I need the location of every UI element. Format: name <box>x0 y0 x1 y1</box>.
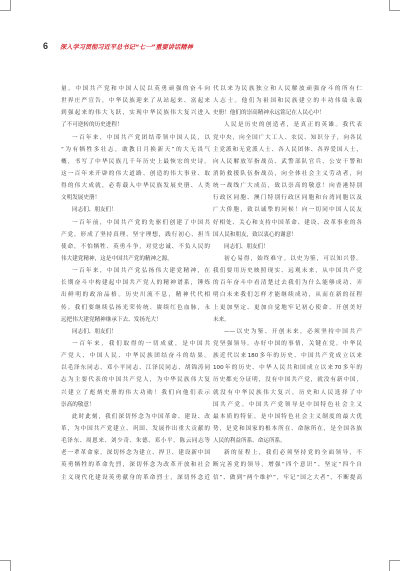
text-line: 向人民解放军指战员、武警部队官兵、公安干警和 <box>213 156 362 168</box>
text-line: 未来。 <box>213 314 362 326</box>
text-line: 新的征程上，我们必须坚持党的全面领导，不 <box>213 447 362 459</box>
text-line: 同志们、朋友们！ <box>213 241 362 253</box>
text-line: 产党，形成了坚持真理、坚守理想，践行初心、担当 <box>61 229 210 241</box>
text-line: 最本质的特征，是中国特色社会主义制度的最大优 <box>213 411 362 423</box>
text-line: 消防救援队伍指战员，向全体社会主义劳动者，向 <box>213 168 362 180</box>
text-line: 毛泽东、周恩来、刘少奇、朱德、邓小平、陈云同志等 <box>61 435 210 447</box>
text-line: 100年的历史、中华人民共和国成立以来70多年的 <box>213 362 362 374</box>
text-line: 断完善党的领导，增强“四个意识”、坚定“四个自 <box>213 459 362 471</box>
text-line: 的百年奋斗中看清楚过去我们为什么能够成功、弄 <box>213 277 362 289</box>
text-line: 人志士。他们为祖国和民族建立的丰功伟绩永载 <box>213 95 362 107</box>
text-line: 广大侨胞，致以诚挚的问候！向一切同中国人民友 <box>213 204 362 216</box>
text-line: 概，书写了中华民族几千年历史上最恢宏的史诗。 <box>61 156 210 168</box>
text-line: 一百年来，中国共产党团结带领中国人民，以 <box>61 132 210 144</box>
crop-mark-top-left <box>0 0 11 11</box>
right-text-column: 代以来为民族独立和人民解放顽强奋斗的所有仁人志士。他们为祖国和民族建立的丰功伟绩… <box>213 83 362 484</box>
text-line: 传。我们要继续弘扬光荣传统、赓续红色血脉，永 <box>61 302 210 314</box>
text-line: 好相处、关心和支持中国革命、建设、改革事业的各 <box>213 217 362 229</box>
text-line: 一百年来，中国共产党弘扬伟大建党精神，在 <box>61 265 210 277</box>
text-line: 革，为中国共产党建立、巩固、发展作出重大贡献的 <box>61 423 210 435</box>
text-line: 明白未来我们怎样才能继续成功，从而在新的征程 <box>213 289 362 301</box>
page-number: 6 <box>43 41 60 51</box>
text-line: 统一战线广大成员，致以崇高的敬意！向香港特别 <box>213 180 362 192</box>
text-line: 党中央，向全国广大工人、农民、知识分子，向各民 <box>213 132 362 144</box>
text-line: 伟大建党精神，这是中国共产党的精神之源。 <box>61 253 210 265</box>
text-line: 历史都充分证明，没有中国共产党，就没有新中国， <box>213 374 362 386</box>
text-line: 一百年来，我们取得的一切成就，是中国共 <box>61 338 210 350</box>
text-line: 世界庄严宣告，中华民族迎来了从站起来、富起来 <box>61 95 210 107</box>
text-line: 国共产党。中国共产党领导是中国特色社会主义 <box>213 399 362 411</box>
text-line: 国人民和朋友，致以衷心的谢意！ <box>213 229 362 241</box>
text-line: 产党人、中国人民、中华民族团结奋斗的结果。 <box>61 350 210 362</box>
crop-mark-top-right <box>389 0 400 11</box>
text-line: 这一百年来开辟的伟大道路、创造的伟大事业、取 <box>61 168 210 180</box>
text-line: 英勇牺牲的革命先烈，深切怀念为改革开放和社会 <box>61 459 210 471</box>
text-line: 族近代以来180多年的历史、中国共产党成立以来 <box>213 350 362 362</box>
text-line: 势，是党和国家的根本所在、命脉所在，是全国各族 <box>213 423 362 435</box>
text-line: 党坚强领导。办好中国的事情，关键在党。中华民 <box>213 338 362 350</box>
text-line: 人民的利益所系、命运所系。 <box>213 435 362 447</box>
text-line: 主党派和无党派人士、各人民团体、各界爱国人士， <box>213 144 362 156</box>
text-line: 远把伟大建党精神继承下去、发扬光大！ <box>61 314 210 326</box>
text-line: 上更加坚定、更加自觉地牢记初心使命、开创美好 <box>213 302 362 314</box>
text-line: 兴建立了彪炳史册的伟大功勋！我们向他们表示 <box>61 387 210 399</box>
text-line: 崇高的敬意！ <box>61 399 210 411</box>
text-line: 史册！他们的崇高精神永远铭记在人民心中！ <box>213 107 362 119</box>
text-line: 得的伟大成就，必将载入中华民族发展史册、人类 <box>61 180 210 192</box>
text-line: 了不可逆转的历史进程！ <box>61 119 210 131</box>
crop-mark-bottom-right <box>389 560 400 571</box>
text-line: 初心易得，始终难守。以史为鉴，可以知兴替。 <box>213 253 362 265</box>
text-line: 长期奋斗中构建起中国共产党人的精神谱系，锤炼 <box>61 277 210 289</box>
text-line: 信”、做到“两个维护”，牢记“国之大者”，不断提高 <box>213 472 362 484</box>
text-line: 文明发展史册！ <box>61 192 210 204</box>
text-line: 就没有中华民族伟大复兴。历史和人民选择了中 <box>213 387 362 399</box>
text-line: 一百年前，中国共产党的先驱们创建了中国共 <box>61 217 210 229</box>
text-line: “为有牺牲多壮志，敢教日月换新天”的大无畏气 <box>61 144 210 156</box>
text-line: 我们要用历史映照现实、远观未来，从中国共产党 <box>213 265 362 277</box>
text-line: 主义现代化建设英勇献身的革命烈士，深切怀念近 <box>61 472 210 484</box>
text-line: 老一辈革命家，深切怀念为建立、捍卫、建设新中国 <box>61 447 210 459</box>
text-line: 使命，不怕牺牲、英勇斗争，对党忠诚、不负人民的 <box>61 241 210 253</box>
text-line: 出鲜明的政治品格。历史川流不息，精神代代相 <box>61 289 210 301</box>
text-line: 同志们、朋友们！ <box>61 326 210 338</box>
text-line: 量。中国共产党和中国人民以英勇顽强的奋斗向 <box>61 83 210 95</box>
text-line: 同志们、朋友们！ <box>61 204 210 216</box>
text-line: 以毛泽东同志、邓小平同志、江泽民同志、胡锦涛同 <box>61 362 210 374</box>
text-line: 到强起来的伟大飞跃，实现中华民族伟大复兴进入 <box>61 107 210 119</box>
left-text-column: 量。中国共产党和中国人民以英勇顽强的奋斗向世界庄严宣告，中华民族迎来了从站起来、… <box>61 83 210 484</box>
text-line: 行政区同胞、澳门特别行政区同胞和台湾同胞以及 <box>213 192 362 204</box>
crop-mark-bottom-left <box>0 560 11 571</box>
text-line: 人民是历史的创造者，是真正的英雄。我代表 <box>213 119 362 131</box>
text-line: ——以史为鉴、开创未来，必须坚持中国共产 <box>213 326 362 338</box>
running-header: 6 深入学习贯彻习近平总书记“七一”重要讲话精神 <box>43 40 193 52</box>
text-line: 志为主要代表的中国共产党人，为中华民族伟大复 <box>61 374 210 386</box>
running-header-title: 深入学习贯彻习近平总书记“七一”重要讲话精神 <box>60 42 193 51</box>
text-line: 代以来为民族独立和人民解放顽强奋斗的所有仁 <box>213 83 362 95</box>
text-line: 此时此刻，我们深切怀念为中国革命、建设、改 <box>61 411 210 423</box>
